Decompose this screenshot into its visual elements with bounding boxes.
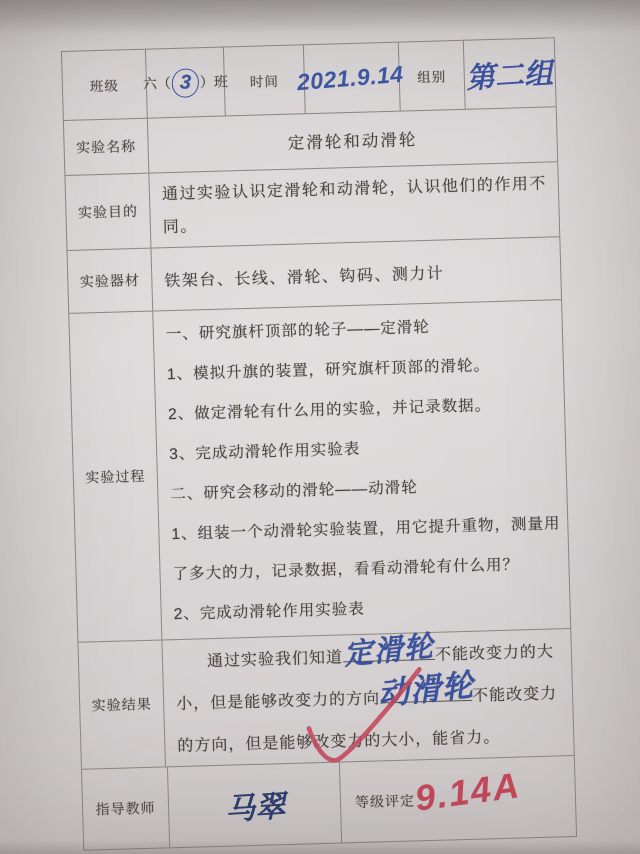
- experiment-purpose-row: 实验目的 通过实验认识定滑轮和动滑轮，认识他们的作用不同。: [65, 162, 559, 251]
- experiment-record-form: 班级 六（3）班 时间 2021.9.14 组别 第二组 实验名称 定滑轮和动滑…: [61, 37, 577, 850]
- experiment-process-steps: 一、研究旗杆顶部的轮子——定滑轮 1、模拟升旗的装置，研究旗杆顶部的滑轮。 2、…: [153, 300, 570, 639]
- time-value-cell: 2021.9.14: [304, 43, 401, 114]
- grade-cell: 等级评定 9.14A: [340, 756, 576, 843]
- experiment-equipment-label: 实验器材: [68, 249, 154, 313]
- experiment-result-cell: 通过实验我们知道定滑轮不能改变力的大小，但是能够改变力的方向动滑轮不能改变力的方…: [162, 629, 573, 766]
- experiment-process-row: 实验过程 一、研究旗杆顶部的轮子——定滑轮 1、模拟升旗的装置，研究旗杆顶部的滑…: [69, 300, 570, 643]
- class-prefix: 六（: [143, 73, 172, 94]
- teacher-signature-handwritten: 马翠: [223, 781, 286, 829]
- experiment-result-label: 实验结果: [78, 640, 165, 768]
- photographed-paper: 班级 六（3）班 时间 2021.9.14 组别 第二组 实验名称 定滑轮和动滑…: [0, 0, 640, 854]
- class-value: 六（3）班: [142, 67, 228, 98]
- process-step: 1、组装一个动滑轮实验装置，用它提升重物，测量用了多大的力，记录数据，看看动滑轮…: [171, 504, 563, 595]
- result-blank-2: 动滑轮: [380, 686, 472, 704]
- experiment-result-row: 实验结果 通过实验我们知道定滑轮不能改变力的大小，但是能够改变力的方向动滑轮不能…: [78, 629, 573, 770]
- class-value-cell: 六（3）班: [146, 48, 226, 118]
- photo-bottom-shadow: [0, 840, 640, 854]
- group-value-cell: 第二组: [464, 38, 556, 108]
- time-label: 时间: [224, 45, 306, 115]
- group-value-handwritten: 第二组: [465, 50, 554, 96]
- experiment-name-label: 实验名称: [64, 119, 149, 175]
- class-number-handwritten: 3: [171, 68, 199, 98]
- experiment-process-label: 实验过程: [69, 312, 162, 642]
- experiment-purpose-label: 实验目的: [65, 174, 151, 250]
- grade-label: 等级评定: [355, 790, 416, 812]
- photo-top-shadow: [0, 0, 640, 34]
- experiment-name-value: 定滑轮和动滑轮: [148, 107, 557, 172]
- result-segment-1: 通过实验我们知道: [207, 649, 343, 670]
- class-label: 班级: [62, 50, 148, 120]
- blank1-handwritten-answer: 定滑轮: [343, 633, 435, 671]
- blank2-handwritten-answer: 动滑轮: [377, 670, 476, 710]
- teacher-signature-cell: 马翠: [168, 763, 342, 848]
- time-value-handwritten: 2021.9.14: [295, 60, 404, 95]
- result-blank-1: 定滑轮: [343, 645, 435, 663]
- teacher-label: 指导教师: [82, 767, 170, 849]
- experiment-equipment-value: 铁架台、长线、滑轮、钩码、测力计: [151, 237, 561, 310]
- footer-row: 指导教师 马翠 等级评定 9.14A: [82, 756, 576, 850]
- experiment-purpose-value: 通过实验认识定滑轮和动滑轮，认识他们的作用不同。: [149, 162, 559, 247]
- group-label: 组别: [399, 41, 466, 111]
- grade-value-handwritten: 9.14A: [412, 764, 523, 820]
- experiment-result-text: 通过实验我们知道定滑轮不能改变力的大小，但是能够改变力的方向动滑轮不能改变力的方…: [174, 631, 563, 768]
